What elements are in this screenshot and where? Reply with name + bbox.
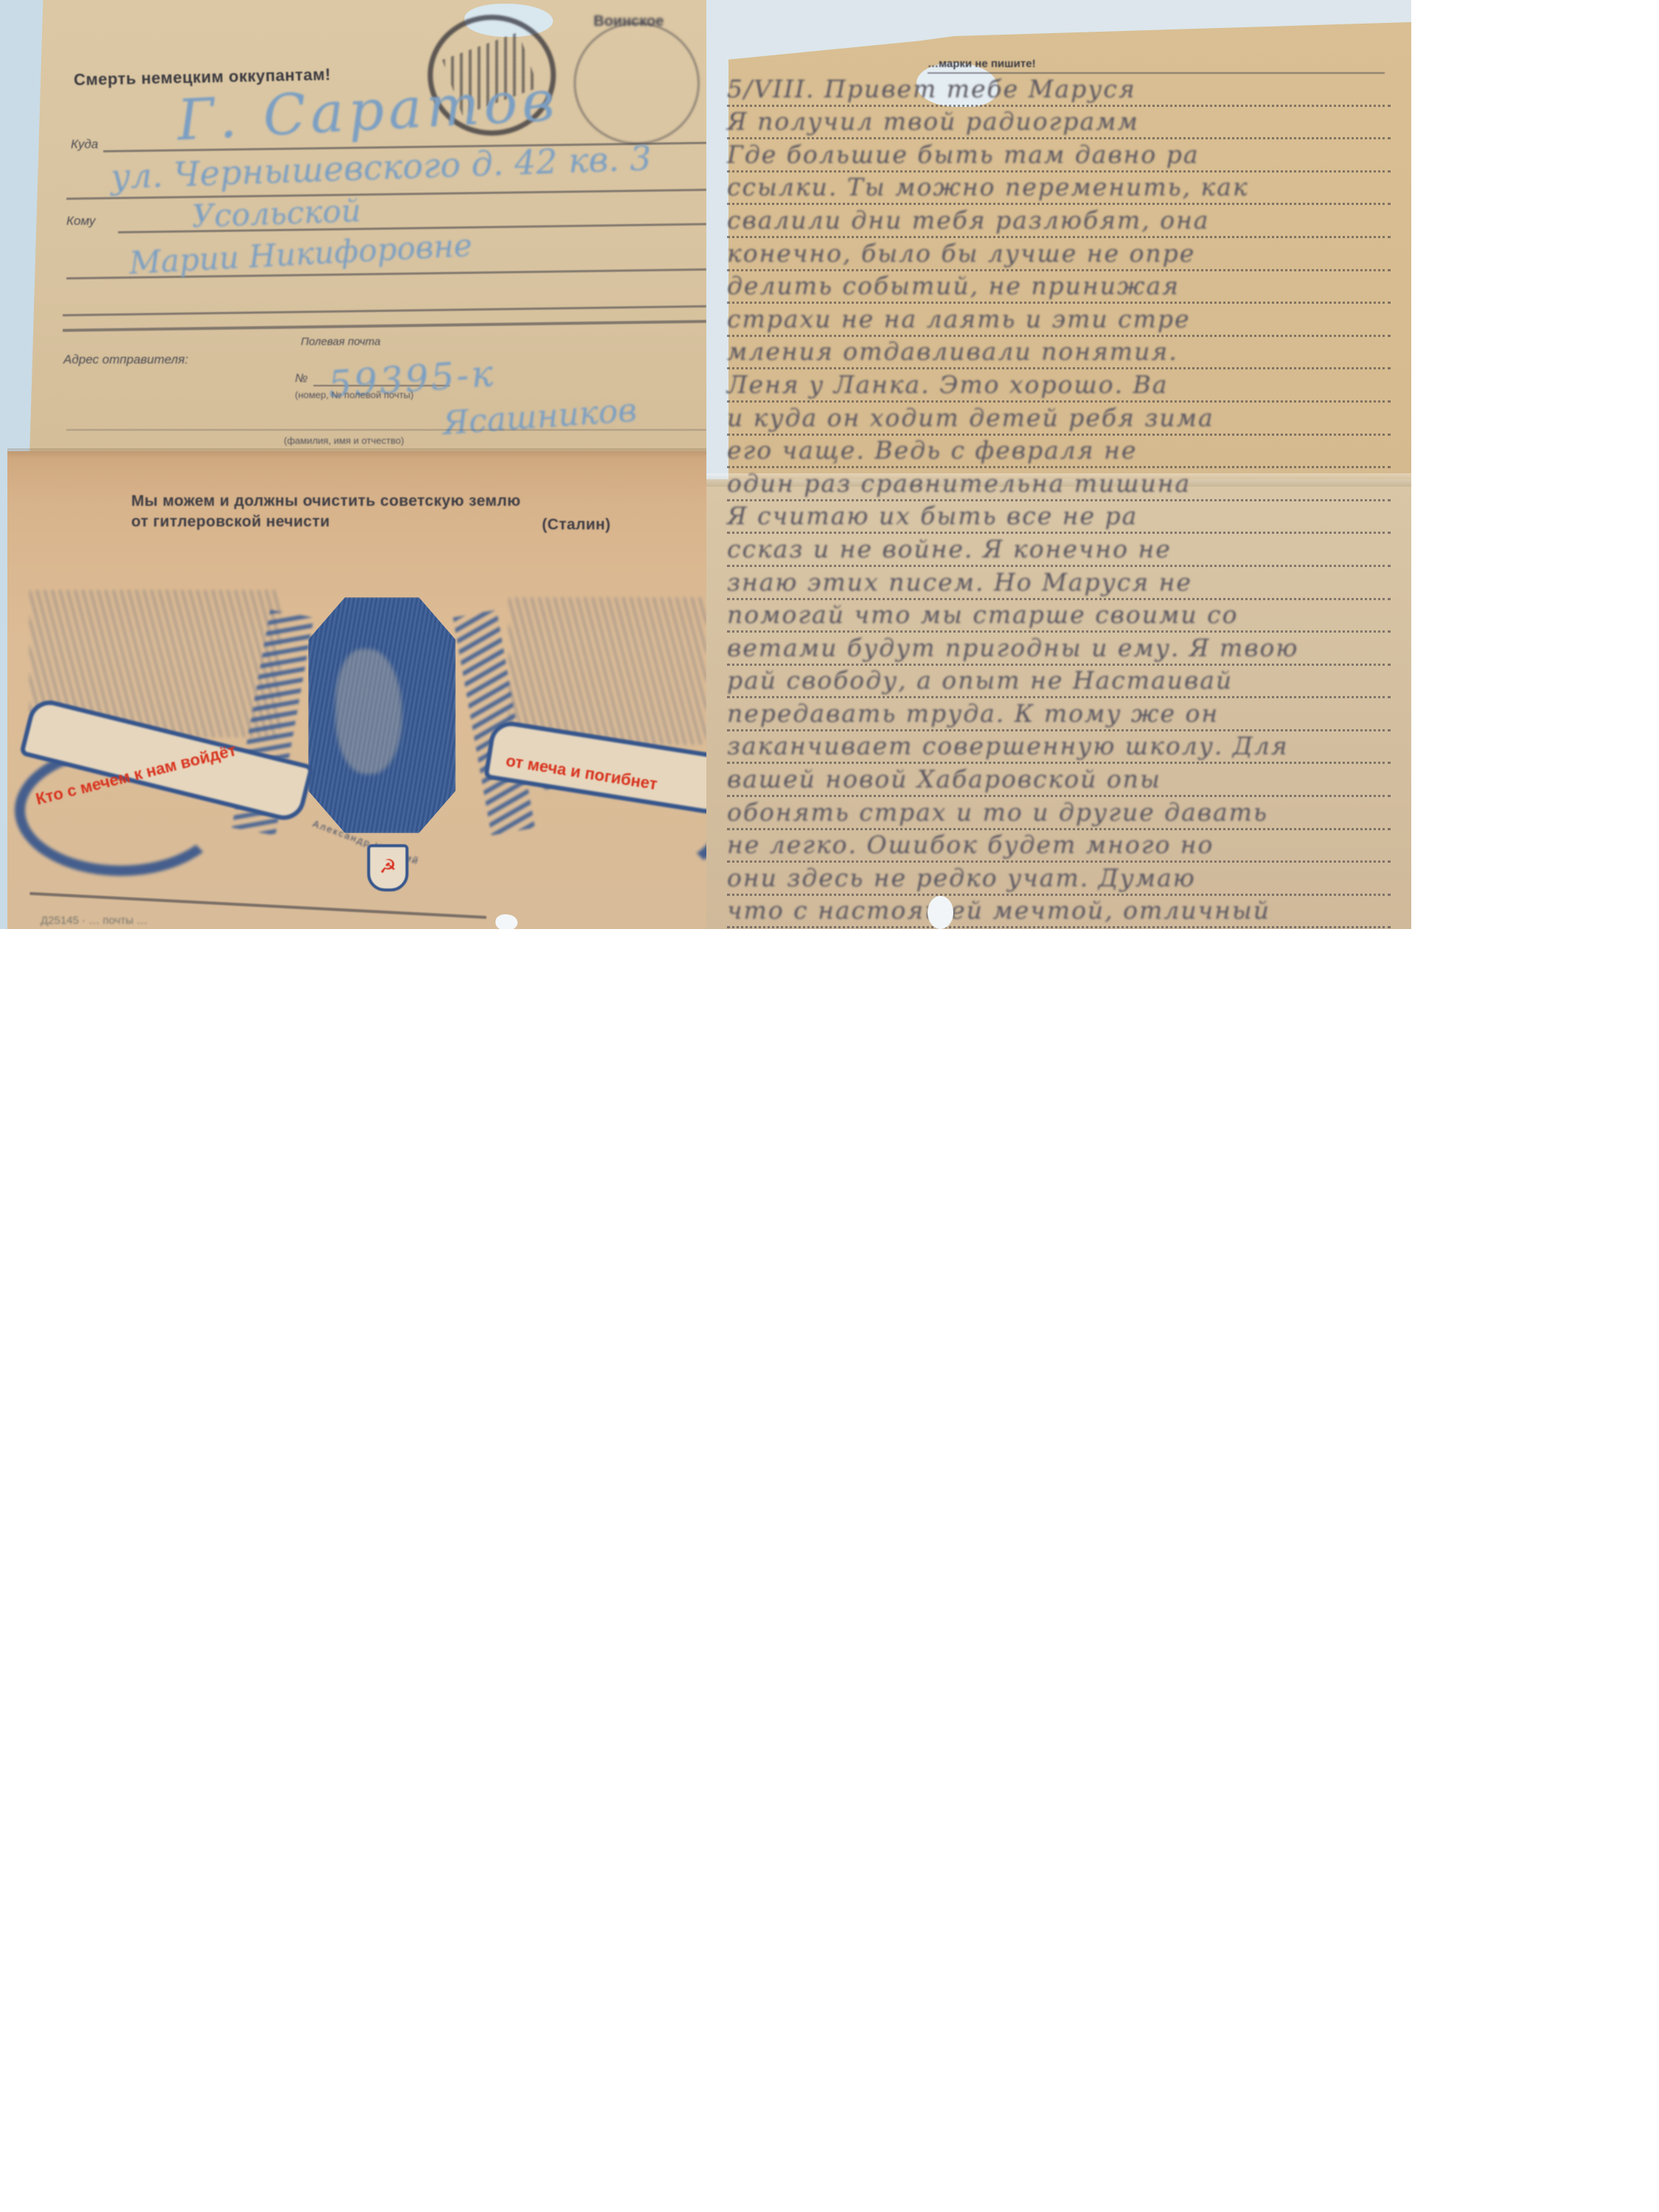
letter-line: Где большие быть там давно ра: [727, 139, 1391, 173]
letter-line: передавать труда. К тому же он: [727, 698, 1391, 731]
letter-line: один раз сравнительна тишина: [727, 468, 1391, 501]
letter-line: Я получил твой радиограмм: [727, 107, 1391, 140]
letter-line-text: заканчивает совершенную школу. Для: [727, 731, 1289, 760]
letter-line-text: ссказ и не войне. Я конечно не: [727, 535, 1172, 563]
letter-line: его чаще. Ведь с февраля не: [727, 436, 1391, 469]
quote-author: (Сталин): [542, 516, 611, 534]
letter-line-text: один раз сравнительна тишина: [727, 469, 1191, 498]
letter-line-text: конечно, было бы лучше не опре: [727, 239, 1195, 268]
letter-line-text: что с настоящей мечтой, отличный: [727, 896, 1270, 925]
letter-line: наш мальчик заставит его к: [727, 928, 1391, 929]
label-to-where: Куда: [71, 137, 98, 152]
letter-line-text: не легко. Ошибок будет много но: [727, 830, 1214, 859]
letter-line-text: его чаще. Ведь с февраля не: [727, 436, 1137, 465]
letter-line-text: свалили дни тебя разлюбят, она: [727, 206, 1209, 234]
letter-line: ссказ и не войне. Я конечно не: [727, 534, 1391, 567]
letter-line-text: передавать труда. К тому же он: [727, 699, 1219, 728]
letter-line: знаю этих писем. Но Маруся не: [727, 567, 1391, 600]
warriors-drawing-icon: [509, 597, 706, 745]
label-number-sign: №: [295, 372, 307, 386]
letter-line-text: ссылки. Ты можно переменить, как: [727, 173, 1249, 201]
letter-body: 5/VIII. Привет тебе МарусяЯ получил твой…: [727, 74, 1391, 929]
letter-line-text: 5/VIII. Привет тебе Маруся: [727, 74, 1136, 103]
letter-line: конечно, было бы лучше не опре: [727, 238, 1391, 271]
letter-line-text: они здесь не редко учат. Думаю: [727, 863, 1196, 892]
letter-line-text: делить событий, не принижая: [727, 271, 1180, 300]
sender-line: [66, 429, 706, 431]
letter-line-text: помогай что мы старше своими со: [727, 600, 1238, 629]
envelope-fold: [7, 448, 706, 459]
letter-line: рай свободу, а опыт не Настаивай: [727, 666, 1391, 699]
letter-line: свалили дни тебя разлюбят, она: [727, 205, 1391, 238]
letter-line-text: вашей новой Хабаровской опы: [727, 765, 1161, 793]
field-post-hint: (номер, № полевой почты): [295, 389, 414, 400]
letter-line-text: Я считаю их быть все не ра: [727, 501, 1138, 530]
letter-line-text: Я получил твой радиограмм: [727, 107, 1139, 136]
letter-line: делить событий, не принижая: [727, 271, 1391, 305]
torn-hole: [495, 914, 518, 929]
letter-line-text: обонять страх и то и другие давать: [727, 798, 1268, 827]
letter-line: Я считаю их быть все не ра: [727, 501, 1391, 535]
sender-name-hint: (фамилия, имя и отчество): [284, 435, 404, 446]
letter-line-text: и куда он ходит детей ребя зима: [727, 403, 1214, 432]
envelope-footer-code: Д25145 · … почты …: [41, 914, 147, 927]
label-sender-address: Адрес отправителя:: [63, 352, 188, 367]
letter-line: и куда он ходит детей ребя зима: [727, 403, 1391, 436]
letter-line: не легко. Ошибок будет много но: [727, 830, 1391, 863]
letter-line-text: страхи не на лаять и эти стре: [727, 305, 1191, 333]
postmark-stamp-icon: [574, 22, 700, 145]
letter-line: вашей новой Хабаровской опы: [727, 764, 1391, 797]
portrait-face: [335, 649, 402, 774]
letter-line: обонять страх и то и другие давать: [727, 797, 1391, 830]
letter-line: ссылки. Ты можно переменить, как: [727, 173, 1391, 206]
letter-line: страхи не на лаять и эти стре: [727, 304, 1391, 337]
torn-hole: [928, 896, 953, 929]
label-to-whom: Кому: [66, 214, 95, 229]
letter-line: ветами будут пригодны и ему. Я твою: [727, 633, 1391, 666]
letter-line-text: рай свободу, а опыт не Настаивай: [727, 666, 1233, 695]
letter-line: 5/VIII. Привет тебе Маруся: [727, 74, 1391, 107]
stamp-label: Воинское: [594, 13, 664, 30]
letter-header: …марки не пишите!: [928, 58, 1036, 70]
letter-line-text: мления отдавливали понятия.: [727, 337, 1178, 366]
alexander-nevsky-illustration: Александр Невский Кто с мечем к нам войд…: [0, 582, 706, 892]
label-field-post: Полевая почта: [301, 335, 380, 348]
letter-line: помогай что мы старше своими со: [727, 600, 1391, 633]
hammer-sickle-icon: ☭: [367, 844, 408, 891]
letter-line: мления отдавливали понятия.: [727, 337, 1391, 370]
quote-line-1: Мы можем и должны очистить советскую зем…: [131, 493, 521, 510]
letter-photo: …марки не пишите! 5/VIII. Привет тебе Ма…: [706, 0, 1411, 929]
handwritten-recipient-surname: Усольской: [191, 192, 361, 234]
letter-line-text: ветами будут пригодны и ему. Я твою: [727, 633, 1298, 662]
quote-line-2: от гитлеровской нечисти: [131, 513, 330, 531]
letter-line: Леня у Ланка. Это хорошо. Ва: [727, 369, 1391, 403]
letter-line-text: Где большие быть там давно ра: [727, 140, 1200, 169]
letter-line: они здесь не редко учат. Думаю: [727, 863, 1391, 896]
envelope-photo: Смерть немецким оккупантам! Воинское Куд…: [0, 0, 706, 929]
letter-line: что с настоящей мечтой, отличный: [727, 896, 1391, 929]
letter-line-text: знаю этих писем. Но Маруся не: [727, 568, 1192, 597]
letter-line: заканчивает совершенную школу. Для: [727, 731, 1391, 765]
letter-line-text: Леня у Ланка. Это хорошо. Ва: [727, 370, 1169, 399]
